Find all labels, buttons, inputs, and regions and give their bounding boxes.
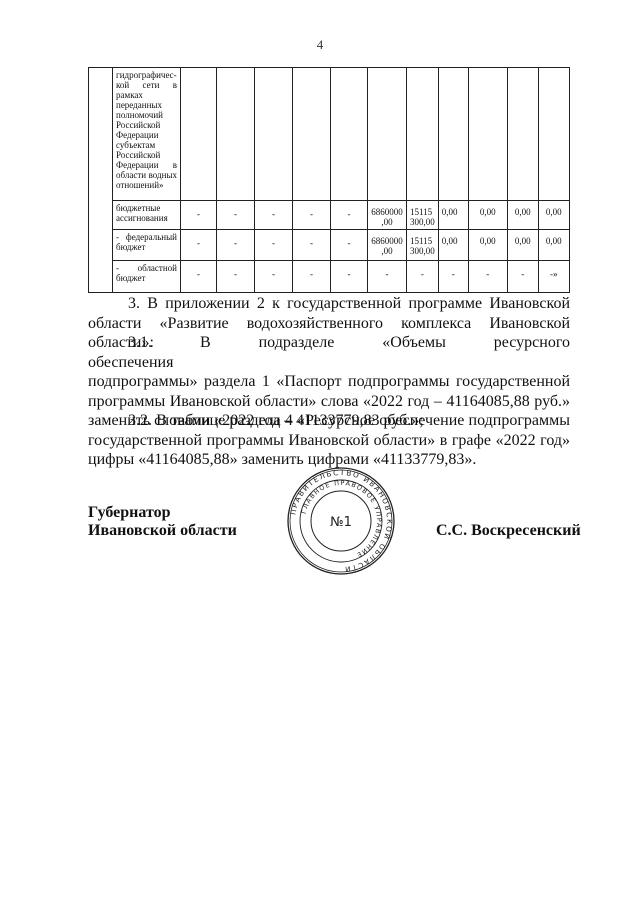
table-cell: 15115300,00 [407, 230, 439, 261]
table-cell: 6860000,00 [368, 201, 407, 230]
paragraph-text: программы Ивановской области» слова «202… [88, 392, 570, 412]
table-cell-number [89, 68, 113, 293]
paragraph-3-2: 3.2. В таблице раздела 4 «Ресурсное обес… [88, 411, 570, 470]
table-cell: - [255, 261, 293, 293]
table-cell: 0,00 [538, 230, 569, 261]
paragraph-text: государственной программы Ивановской обл… [88, 431, 570, 451]
table-cell-label: бюджетные ассигнования [113, 201, 181, 230]
table-cell: 0,00 [438, 230, 468, 261]
position-title: Губернатор [88, 504, 237, 522]
paragraph-text: подпрограммы» раздела 1 «Паспорт подпрог… [88, 372, 570, 392]
paragraph-text: 3.2. В таблице раздела 4 «Ресурсное обес… [128, 412, 570, 429]
table-cell: 0,00 [438, 201, 468, 230]
table-cell-label: - областной бюджет [113, 261, 181, 293]
table-cell: - [217, 230, 255, 261]
table-cell: 0,00 [538, 201, 569, 230]
position-region: Ивановской области [88, 522, 237, 540]
paragraph-text: 3. В приложении 2 к государственной прог… [128, 295, 570, 312]
signature-position: Губернатор Ивановской области [88, 504, 237, 540]
table-cell: - [468, 261, 507, 293]
table-cell: - [181, 230, 217, 261]
table-cell: - [293, 230, 331, 261]
table-cell: - [181, 201, 217, 230]
table-row: бюджетные ассигнования - - - - - 6860000… [89, 201, 570, 230]
table-cell: - [255, 201, 293, 230]
table-cell-description: гидрографичес-кой сети в рамках переданн… [113, 68, 181, 201]
official-stamp-icon: ПРАВИТЕЛЬСТВО ИВАНОВСКОЙ ОБЛАСТИ ГЛАВНОЕ… [286, 466, 396, 576]
table-cell: 0,00 [507, 230, 538, 261]
table-cell: 0,00 [468, 201, 507, 230]
table-cell: - [293, 201, 331, 230]
table-cell: 15115300,00 [407, 201, 439, 230]
table-cell: - [407, 261, 439, 293]
table-row-description: гидрографичес-кой сети в рамках переданн… [89, 68, 570, 201]
table-row: - федеральный бюджет - - - - - 6860000,0… [89, 230, 570, 261]
table-cell: - [507, 261, 538, 293]
table-cell-label: - федеральный бюджет [113, 230, 181, 261]
table-cell: - [217, 201, 255, 230]
table-cell: -» [538, 261, 569, 293]
table-cell: - [217, 261, 255, 293]
table-cell: - [331, 230, 368, 261]
table-cell: - [331, 261, 368, 293]
table-cell: - [331, 201, 368, 230]
table-cell: 6860000,00 [368, 230, 407, 261]
table-cell: - [255, 230, 293, 261]
budget-table: гидрографичес-кой сети в рамках переданн… [88, 67, 570, 293]
paragraph-text: 3.1. В подразделе «Объемы ресурсного обе… [88, 334, 570, 371]
table-cell: - [368, 261, 407, 293]
svg-text:№1: №1 [330, 515, 352, 530]
table-cell: - [181, 261, 217, 293]
page-number: 4 [0, 37, 640, 53]
table-cell: 0,00 [507, 201, 538, 230]
signature-name: С.С. Воскресенский [436, 522, 581, 540]
table-cell: - [438, 261, 468, 293]
table-cell: 0,00 [468, 230, 507, 261]
table-cell: - [293, 261, 331, 293]
table-row: - областной бюджет - - - - - - - - - - -… [89, 261, 570, 293]
